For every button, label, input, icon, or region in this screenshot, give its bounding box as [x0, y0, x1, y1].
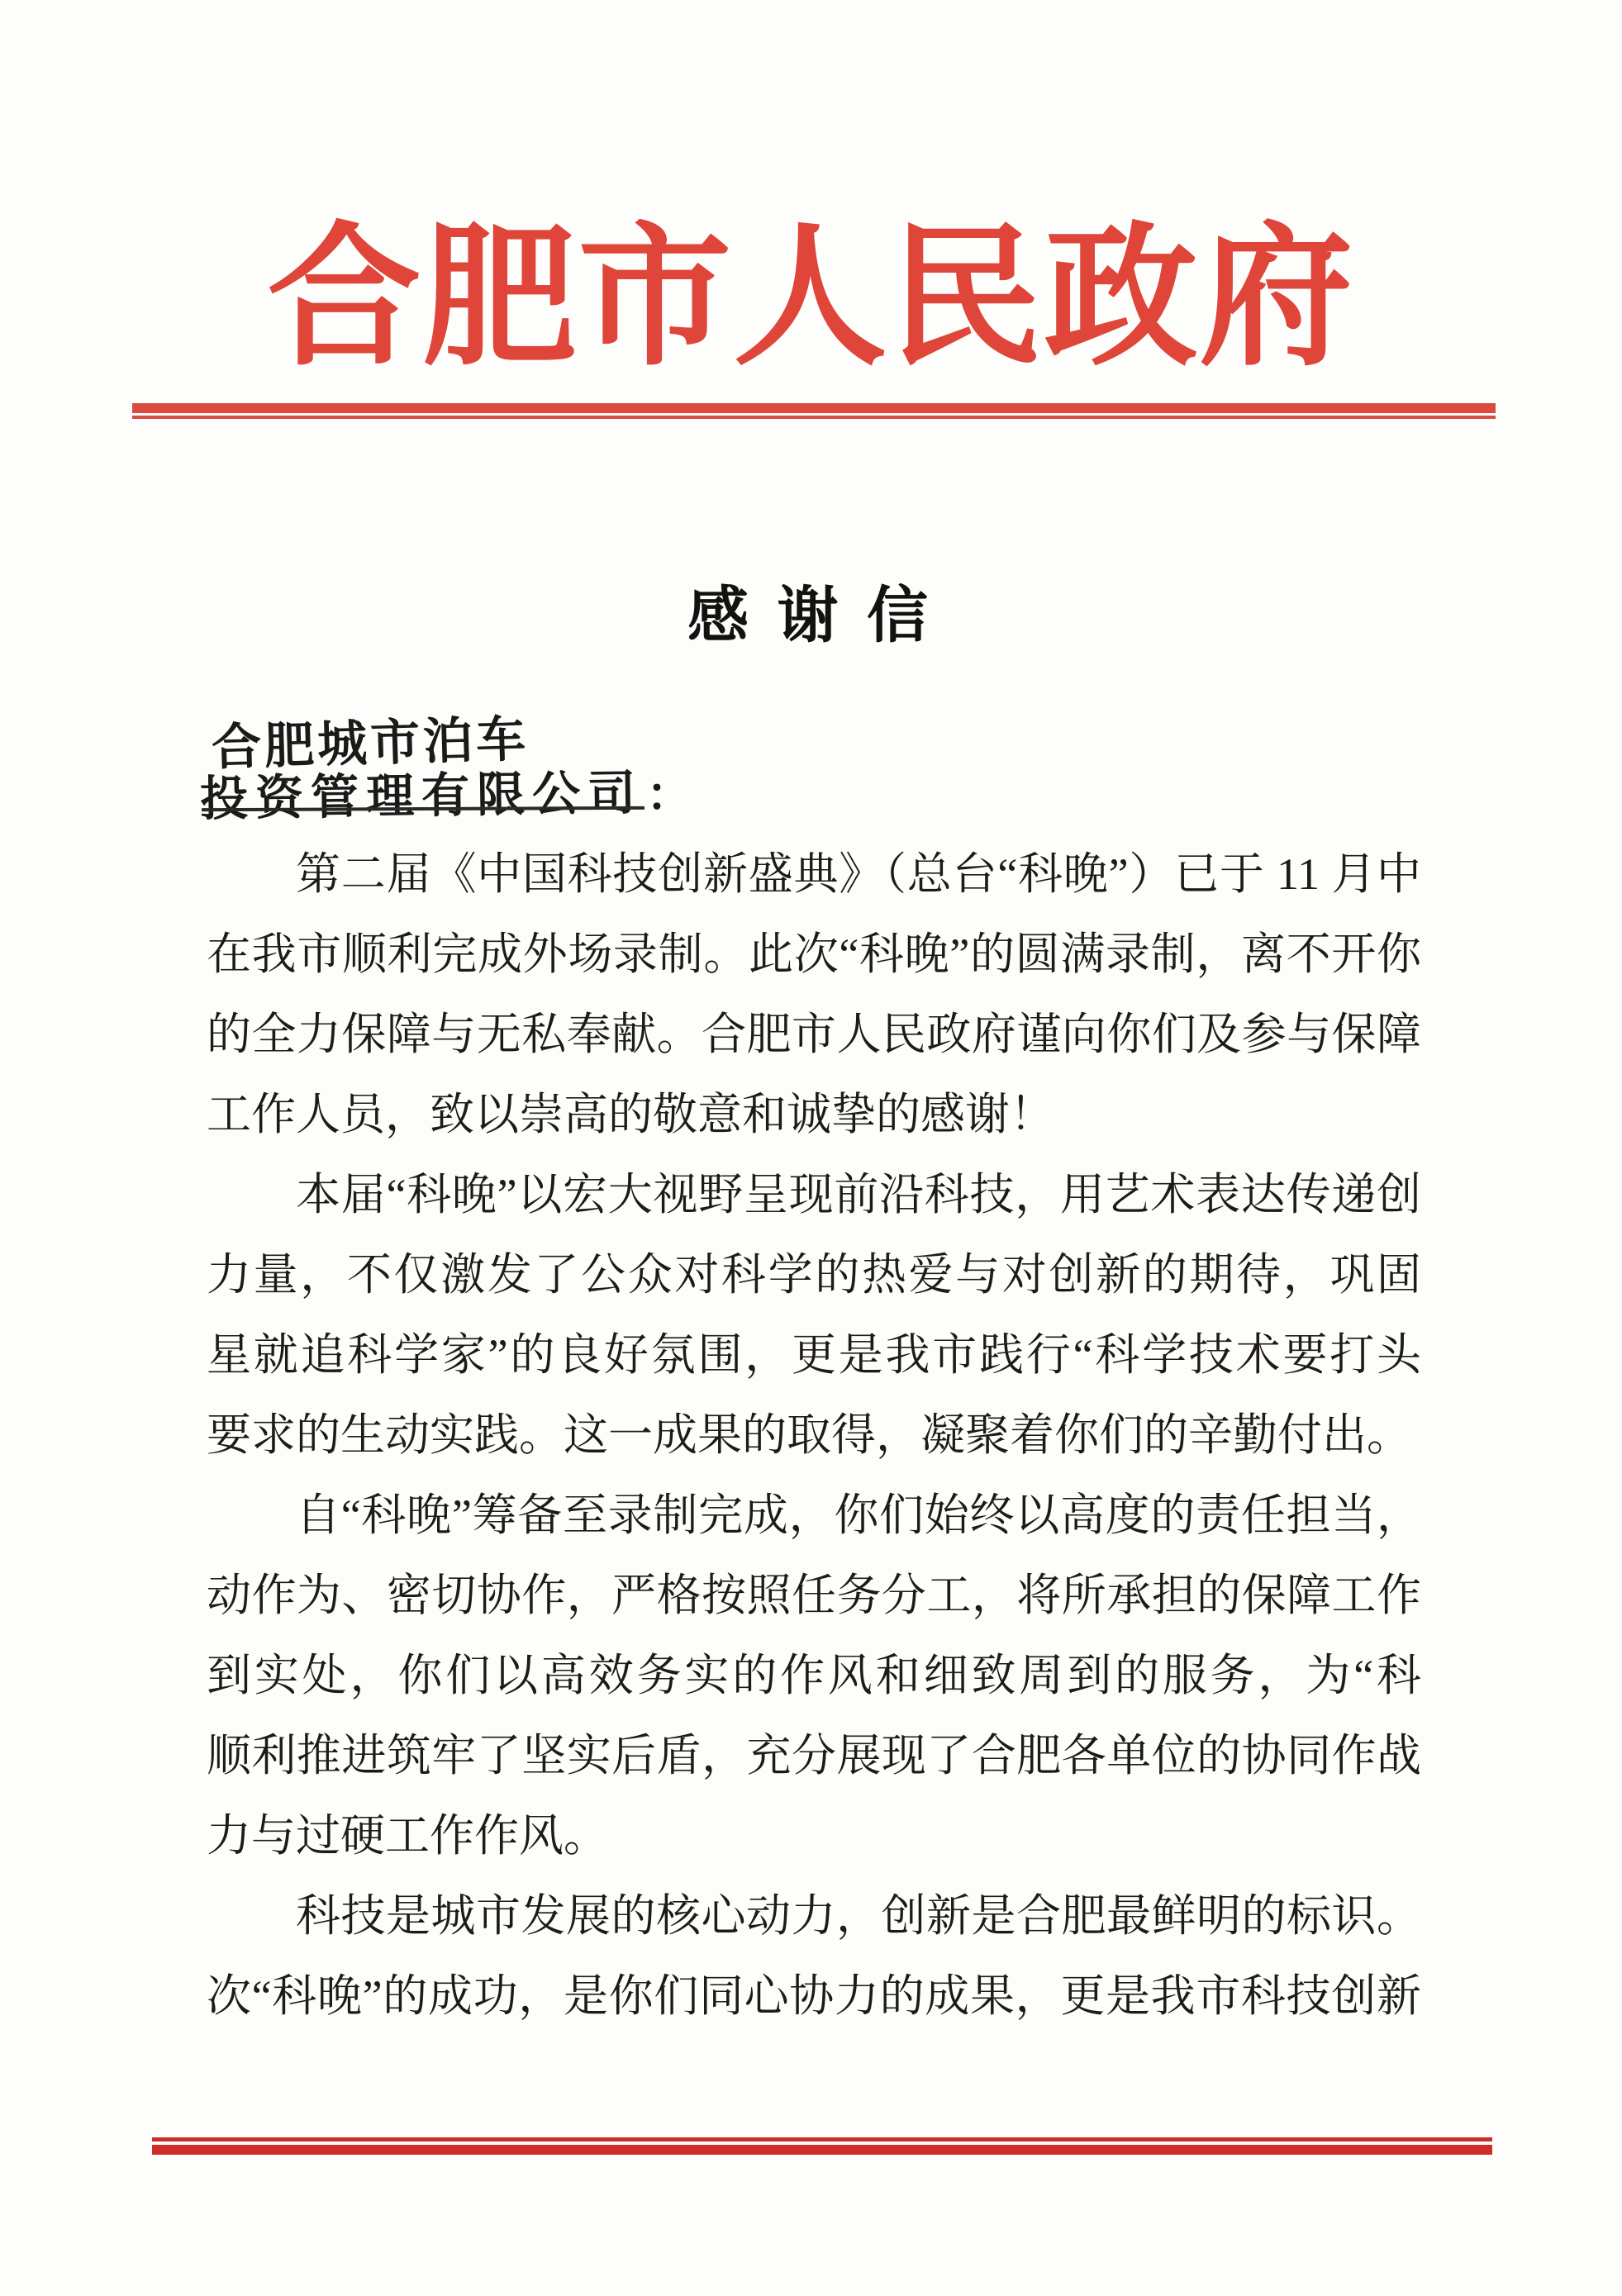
letterhead-org-name: 合肥市人民政府	[0, 216, 1622, 382]
body-line-p2-l4: 要求的生动实践。这一成果的取得，凝聚着你们的辛勤付出。	[207, 1395, 1421, 1476]
body-line-p3-l3: 到实处，你们以高效务实的作风和细致周到的服务，为“科晚”的	[207, 1636, 1421, 1716]
letterhead-rule-thin	[132, 416, 1496, 419]
body-line-p2-l3: 星就追科学家”的良好氛围，更是我市践行“科学技术要打头阵”	[207, 1315, 1421, 1395]
letter-body: 第二届《中国科技创新盛典》（总台“科晚”）已于 11 月中旬在我市顺利完成外场录…	[207, 834, 1421, 2037]
body-line-p4-l1: 科技是城市发展的核心动力，创新是合肥最鲜明的标识。此	[207, 1876, 1421, 1956]
body-line-p3-l2: 动作为、密切协作，严格按照任务分工，将所承担的保障工作落	[207, 1556, 1421, 1636]
letter-page: 合肥市人民政府 感 谢 信 合肥城市泊车 投资管理有限公司 ： 第二届《中国科技…	[0, 0, 1622, 2296]
body-line-p3-l1: 自“科晚”筹备至录制完成，你们始终以高度的责任担当，主	[207, 1476, 1421, 1556]
letterhead-rule-thick	[132, 403, 1496, 413]
body-line-p3-l4: 顺利推进筑牢了坚实后盾，充分展现了合肥各单位的协同作战能	[207, 1716, 1421, 1796]
body-line-p2-l2: 力量，不仅激发了公众对科学的热爱与对创新的期待，巩固了“追	[207, 1235, 1421, 1315]
letter-title: 感 谢 信	[0, 581, 1622, 652]
recipient-colon: ：	[646, 758, 692, 825]
body-line-p1-l3: 的全力保障与无私奉献。合肥市人民政府谨向你们及参与保障的	[207, 995, 1421, 1075]
body-line-p3-l5: 力与过硬工作作风。	[207, 1796, 1421, 1876]
recipient-name-line2: 投资管理有限公司	[199, 753, 643, 829]
body-line-p4-l2: 次“科晚”的成功，是你们同心协力的成果，更是我市科技创新事	[207, 1956, 1421, 2037]
footer-rule-thin	[152, 2137, 1492, 2142]
body-line-p1-l2: 在我市顺利完成外场录制。此次“科晚”的圆满录制，离不开你们	[207, 915, 1421, 995]
body-line-p1-l1: 第二届《中国科技创新盛典》（总台“科晚”）已于 11 月中旬	[207, 834, 1421, 915]
footer-rule-thick	[152, 2145, 1492, 2155]
body-line-p2-l1: 本届“科晚”以宏大视野呈现前沿科技，用艺术表达传递创新	[207, 1155, 1421, 1235]
body-line-p1-l4: 工作人员，致以崇高的敬意和诚挚的感谢！	[207, 1075, 1421, 1155]
